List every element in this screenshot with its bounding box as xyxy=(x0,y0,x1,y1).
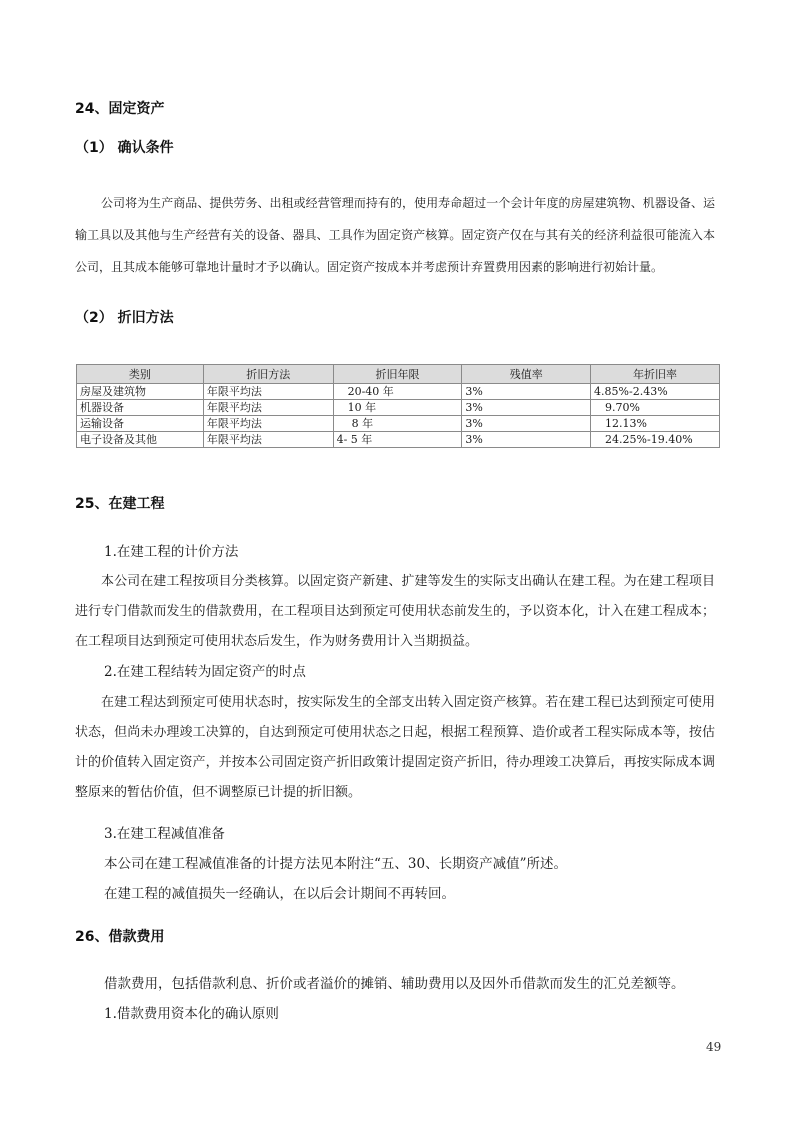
cell-residual-rate: 3% xyxy=(462,384,591,400)
depreciation-table: 类别 折旧方法 折旧年限 残值率 年折旧率 房屋及建筑物 年限平均法 20-40… xyxy=(76,364,720,448)
header-annual-rate: 年折旧率 xyxy=(591,365,720,384)
cell-method: 年限平均法 xyxy=(203,384,333,400)
cell-method: 年限平均法 xyxy=(203,400,333,416)
cell-category: 房屋及建筑物 xyxy=(77,384,204,400)
section-25-item3-title: 3.在建工程减值准备 xyxy=(104,822,754,842)
table-row: 机器设备 年限平均法 10 年 3% 9.70% xyxy=(77,400,720,416)
cell-annual-rate: 4.85%-2.43% xyxy=(591,384,720,400)
cell-category: 运输设备 xyxy=(77,416,204,432)
cell-method: 年限平均法 xyxy=(203,416,333,432)
cell-residual-rate: 3% xyxy=(462,432,591,448)
section-24-title: 24、固定资产 xyxy=(75,98,164,118)
section-25-item3-line1: 本公司在建工程减值准备的计提方法见本附注“五、30、长期资产减值”所述。 xyxy=(104,852,754,872)
cell-years: 8 年 xyxy=(333,416,462,432)
section-25-title: 25、在建工程 xyxy=(75,493,164,513)
cell-category: 机器设备 xyxy=(77,400,204,416)
page-number: 49 xyxy=(706,1040,721,1054)
table-row: 房屋及建筑物 年限平均法 20-40 年 3% 4.85%-2.43% xyxy=(77,384,720,400)
section-26-title: 26、借款费用 xyxy=(75,926,164,946)
cell-years: 10 年 xyxy=(333,400,462,416)
section-25-item2-paragraph: 在建工程达到预定可使用状态时，按实际发生的全部支出转入固定资产核算。若在建工程已… xyxy=(75,688,715,808)
section-24-recognition-paragraph: 公司将为生产商品、提供劳务、出租或经营管理而持有的，使用寿命超过一个会计年度的房… xyxy=(75,187,715,283)
cell-method: 年限平均法 xyxy=(203,432,333,448)
cell-annual-rate: 9.70% xyxy=(591,400,720,416)
section-25-item3-line2: 在建工程的减值损失一经确认，在以后会计期间不再转回。 xyxy=(104,882,754,902)
header-years: 折旧年限 xyxy=(333,365,462,384)
table-row: 电子设备及其他 年限平均法 4- 5 年 3% 24.25%-19.40% xyxy=(77,432,720,448)
section-25-item1-title: 1.在建工程的计价方法 xyxy=(104,540,754,560)
table-row: 运输设备 年限平均法 8 年 3% 12.13% xyxy=(77,416,720,432)
cell-annual-rate: 12.13% xyxy=(591,416,720,432)
cell-years: 4- 5 年 xyxy=(333,432,462,448)
header-residual-rate: 残值率 xyxy=(462,365,591,384)
cell-annual-rate: 24.25%-19.40% xyxy=(591,432,720,448)
section-25-item2-title: 2.在建工程结转为固定资产的时点 xyxy=(104,660,754,680)
cell-category: 电子设备及其他 xyxy=(77,432,204,448)
cell-residual-rate: 3% xyxy=(462,400,591,416)
section-26-line1: 借款费用，包括借款利息、折价或者溢价的摊销、辅助费用以及因外币借款而发生的汇兑差… xyxy=(104,972,754,992)
section-25-item1-paragraph: 本公司在建工程按项目分类核算。以固定资产新建、扩建等发生的实际支出确认在建工程。… xyxy=(75,567,715,657)
cell-residual-rate: 3% xyxy=(462,416,591,432)
section-24-sub2-title: （2） 折旧方法 xyxy=(75,307,174,327)
header-category: 类别 xyxy=(77,365,204,384)
section-24-sub1-title: （1） 确认条件 xyxy=(75,137,174,157)
cell-years: 20-40 年 xyxy=(333,384,462,400)
section-26-item1-title: 1.借款费用资本化的确认原则 xyxy=(104,1002,754,1022)
header-method: 折旧方法 xyxy=(203,365,333,384)
table-header-row: 类别 折旧方法 折旧年限 残值率 年折旧率 xyxy=(77,365,720,384)
document-page: 24、固定资产 （1） 确认条件 公司将为生产商品、提供劳务、出租或经营管理而持… xyxy=(0,0,793,1122)
